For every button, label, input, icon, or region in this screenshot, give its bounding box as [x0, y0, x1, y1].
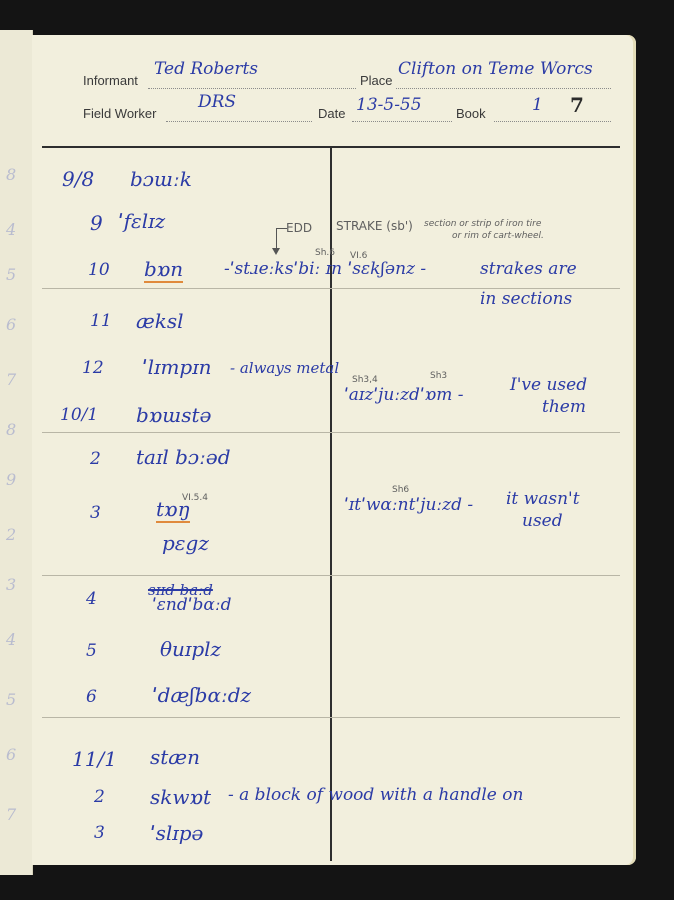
field-worker-dotted-line: [166, 120, 312, 122]
entry-ref: 5: [86, 641, 97, 661]
entry-note-tail: I've used: [510, 375, 587, 395]
entry-word: ˈslɪpə: [150, 821, 203, 845]
ghost-mark: 4: [6, 220, 16, 239]
strake-label: STRAKE (sb'): [336, 219, 413, 233]
ghost-mark: 5: [6, 690, 16, 709]
row-divider: [42, 432, 620, 433]
entry-note: ˈaɪzˈjuːzdˈɒm -: [344, 385, 463, 405]
date-value: 13-5-55: [356, 95, 422, 115]
ghost-mark: 7: [6, 805, 16, 824]
entry-word: ˈlɪmpɪn: [142, 355, 211, 379]
entry-gloss: - always metal: [230, 359, 339, 377]
entry-word: bɒn: [144, 257, 183, 283]
informant-dotted-line: [148, 87, 356, 89]
entry-ref: 9: [90, 211, 103, 235]
row-divider: [42, 717, 620, 718]
ghost-mark: 9: [6, 470, 16, 489]
entry-note-tail: strakes are: [480, 259, 577, 279]
entry-ref: 10/1: [60, 405, 98, 425]
strake-definition: section or strip of iron tire: [424, 219, 541, 229]
entry-word: skwɒt: [150, 785, 211, 809]
entry-word: bɒɯstə: [136, 403, 211, 427]
superscript: VI.6: [350, 251, 367, 261]
entry-ref: 2: [94, 787, 105, 807]
entry-note: ˈɪtˈwɑːntˈjuːzd -: [344, 495, 473, 515]
ghost-mark: 8: [6, 420, 16, 439]
superscript: Sh.6: [315, 248, 335, 258]
place-label: Place: [360, 73, 393, 88]
ghost-mark: 7: [6, 370, 16, 389]
field-worker-label: Field Worker: [83, 106, 156, 121]
left-page-flap: 8 4 5 6 7 8 9 2 3 4 5 6 7: [0, 30, 33, 875]
ghost-mark: 3: [6, 575, 16, 594]
entry-word: taɪl bɔːəd: [136, 445, 231, 469]
place-dotted-line: [396, 87, 611, 89]
entry-word: ˈɛndˈbɑːd: [152, 595, 232, 615]
book-value: 1: [532, 95, 543, 115]
entry-note-tail2: them: [542, 397, 586, 417]
book-label: Book: [456, 106, 486, 121]
entry-word: ˈdæʃbɑːdz: [152, 683, 251, 707]
entry-ref: 6: [86, 687, 97, 707]
entry-word-2: pɛgz: [162, 531, 209, 555]
ghost-mark: 5: [6, 265, 16, 284]
entry-ref: 9/8: [62, 167, 94, 191]
edd-label: EDD: [286, 221, 312, 235]
strake-definition: or rim of cart-wheel.: [452, 231, 544, 241]
informant-label: Informant: [83, 73, 138, 88]
superscript: Sh3,4: [352, 375, 378, 385]
page-number: 7: [570, 93, 584, 117]
ghost-mark: 2: [6, 525, 16, 544]
book-dotted-line: [494, 120, 611, 122]
entry-word: ˈfɛlɪz: [118, 209, 165, 233]
entry-word: bɔɯːk: [130, 167, 192, 191]
entry-ref: 3: [90, 503, 101, 523]
entry-ref: 4: [86, 589, 97, 609]
entry-ref: 11: [90, 311, 112, 331]
ghost-mark: 4: [6, 630, 16, 649]
entry-ref: 3: [94, 823, 105, 843]
entry-ref: 11/1: [72, 747, 117, 771]
entry-ref: 10: [88, 260, 110, 280]
ghost-mark: 6: [6, 745, 16, 764]
entry-gloss: - a block of wood with a handle on: [228, 785, 523, 805]
superscript: Sh6: [392, 485, 409, 495]
arrow-icon: [276, 228, 287, 251]
entry-word: æksl: [136, 309, 184, 333]
entry-ref: 2: [90, 449, 101, 469]
ghost-mark: 8: [6, 165, 16, 184]
entry-word: stæn: [150, 745, 200, 769]
superscript: VI.5.4: [182, 493, 208, 503]
entry-word: θuɪplz: [160, 637, 221, 661]
entry-note: -ˈstɹeːksˈbiː ɪn ˈsɛkʃənz -: [224, 259, 426, 279]
date-dotted-line: [352, 120, 452, 122]
entry-note-tail2: used: [522, 511, 563, 531]
superscript: Sh3: [430, 371, 447, 381]
date-label: Date: [318, 106, 345, 121]
row-divider: [42, 575, 620, 576]
ghost-mark: 6: [6, 315, 16, 334]
entry-note-tail: it wasn't: [506, 489, 580, 509]
place-value: Clifton on Teme Worcs: [398, 59, 593, 79]
informant-value: Ted Roberts: [154, 59, 258, 79]
notebook-page: Informant Ted Roberts Place Clifton on T…: [32, 35, 636, 865]
entry-note-tail2: in sections: [480, 289, 572, 309]
field-worker-value: DRS: [198, 92, 236, 112]
entry-ref: 12: [82, 358, 104, 378]
